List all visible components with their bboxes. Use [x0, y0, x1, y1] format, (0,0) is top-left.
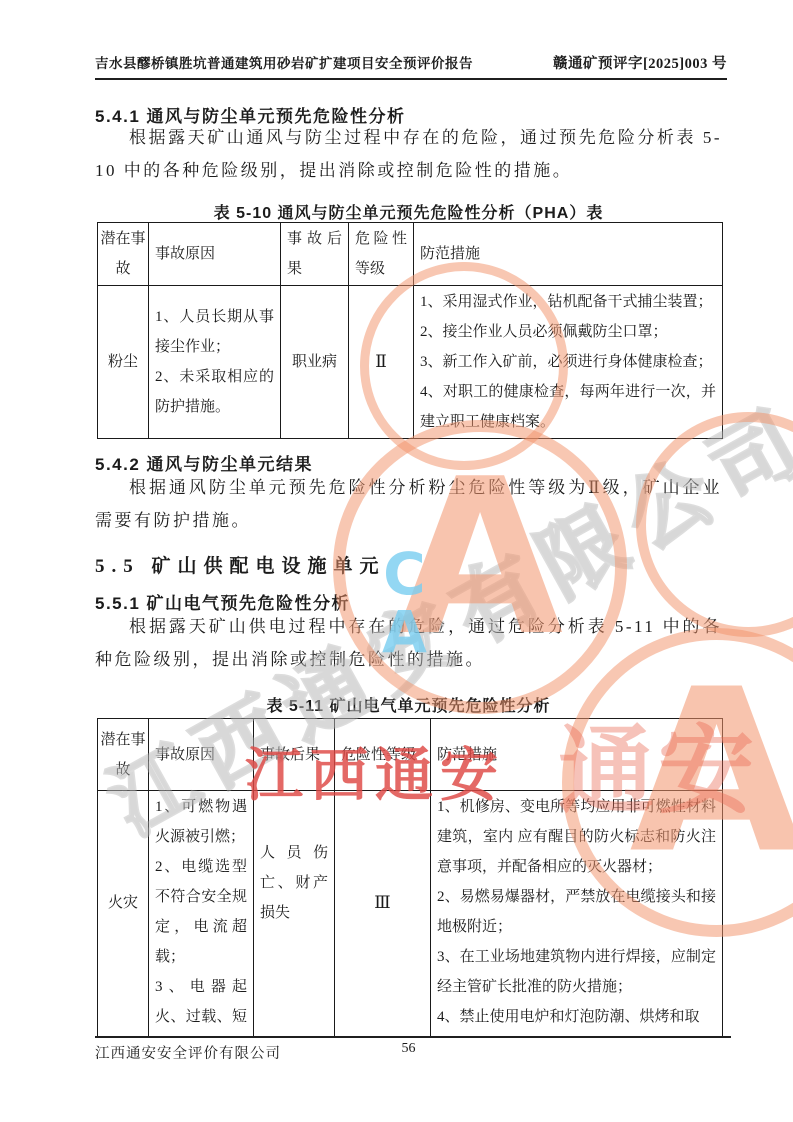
consequence-cell: 人员伤亡、财产损失	[254, 791, 335, 1038]
hazard-cell: 火灾	[98, 791, 149, 1038]
col-header-risk-level: 危险性等级	[349, 223, 414, 286]
col-header-potential-accident: 潜在事故	[98, 719, 149, 791]
col-header-cause: 事故原因	[149, 719, 254, 791]
col-header-potential-accident: 潜在事故	[98, 223, 149, 286]
table-5-10-header-row: 潜在事故 事故原因 事故后果 危险性等级 防范措施	[98, 223, 723, 286]
col-header-measures: 防范措施	[431, 719, 723, 791]
paragraph-5-5-1: 根据露天矿山供电过程中存在的危险，通过危险分析表 5-11 中的各种危险级别，提…	[95, 610, 722, 676]
hazard-text: 火灾	[100, 792, 146, 918]
table-5-10-caption: 表 5-10 通风与防尘单元预先危险性分析（PHA）表	[95, 200, 722, 223]
consequence-text: 人员伤亡、财产损失	[260, 792, 328, 928]
col-header-consequence: 事故后果	[254, 719, 335, 791]
col-header-measures: 防范措施	[414, 223, 723, 286]
document-number: 赣通矿预评字[2025]003 号	[553, 52, 727, 73]
risk-level-cell: Ⅱ	[349, 286, 414, 439]
table-5-11-row-fire: 火灾 1、可燃物遇火源被引燃； 2、电缆选型不符合安全规定，电流超载； 3、电器…	[98, 791, 723, 1038]
risk-level-cell: Ⅲ	[335, 791, 431, 1038]
footer-company: 江西通安安全评价有限公司	[95, 1042, 281, 1063]
col-header-consequence: 事故后果	[281, 223, 349, 286]
table-5-11-header-row: 潜在事故 事故原因 事故后果 危险性等级 防范措施	[98, 719, 723, 791]
heading-5-5: 5.5 矿山供配电设施单元	[95, 551, 386, 578]
paragraph-5-4-2: 根据通风防尘单元预先危险性分析粉尘危险性等级为Ⅱ级，矿山企业需要有防护措施。	[95, 471, 722, 537]
col-header-cause: 事故原因	[149, 223, 281, 286]
table-5-10: 潜在事故 事故原因 事故后果 危险性等级 防范措施 粉尘 1、人员长期从事接尘作…	[97, 222, 723, 439]
document-page: 吉水县醪桥镇胜坑普通建筑用砂岩矿扩建项目安全预评价报告 赣通矿预评字[2025]…	[0, 0, 793, 1122]
measures-cell: 1、采用湿式作业，钻机配备干式捕尘装置； 2、接尘作业人员必须佩戴防尘口罩； 3…	[414, 286, 723, 439]
consequence-cell: 职业病	[281, 286, 349, 439]
table-5-11-clip: 潜在事故 事故原因 事故后果 危险性等级 防范措施 火灾 1、可燃物遇火源被引燃…	[97, 718, 726, 1037]
table-5-11: 潜在事故 事故原因 事故后果 危险性等级 防范措施 火灾 1、可燃物遇火源被引燃…	[97, 718, 723, 1037]
page-footer: 56 江西通安安全评价有限公司	[95, 1036, 731, 1041]
measures-cell: 1、机修房、变电所等均应用非可燃性材料建筑，室内 应有醒目的防火标志和防火注意事…	[431, 791, 723, 1038]
page-header: 吉水县醪桥镇胜坑普通建筑用砂岩矿扩建项目安全预评价报告 赣通矿预评字[2025]…	[95, 52, 727, 80]
col-header-risk-level: 危险性等级	[335, 719, 431, 791]
causes-cell: 1、人员长期从事接尘作业； 2、未采取相应的防护措施。	[149, 286, 281, 439]
report-title: 吉水县醪桥镇胜坑普通建筑用砂岩矿扩建项目安全预评价报告	[95, 52, 473, 72]
hazard-cell: 粉尘	[98, 286, 149, 439]
causes-cell: 1、可燃物遇火源被引燃； 2、电缆选型不符合安全规定，电流超载； 3、电器起火、…	[149, 791, 254, 1038]
paragraph-5-4-1: 根据露天矿山通风与防尘过程中存在的危险，通过预先危险分析表 5-10 中的各种危…	[95, 121, 722, 187]
table-5-10-row-dust: 粉尘 1、人员长期从事接尘作业； 2、未采取相应的防护措施。 职业病 Ⅱ 1、采…	[98, 286, 723, 439]
risk-level-text: Ⅲ	[337, 792, 428, 918]
table-5-11-caption: 表 5-11 矿山电气单元预先危险性分析	[95, 693, 722, 716]
